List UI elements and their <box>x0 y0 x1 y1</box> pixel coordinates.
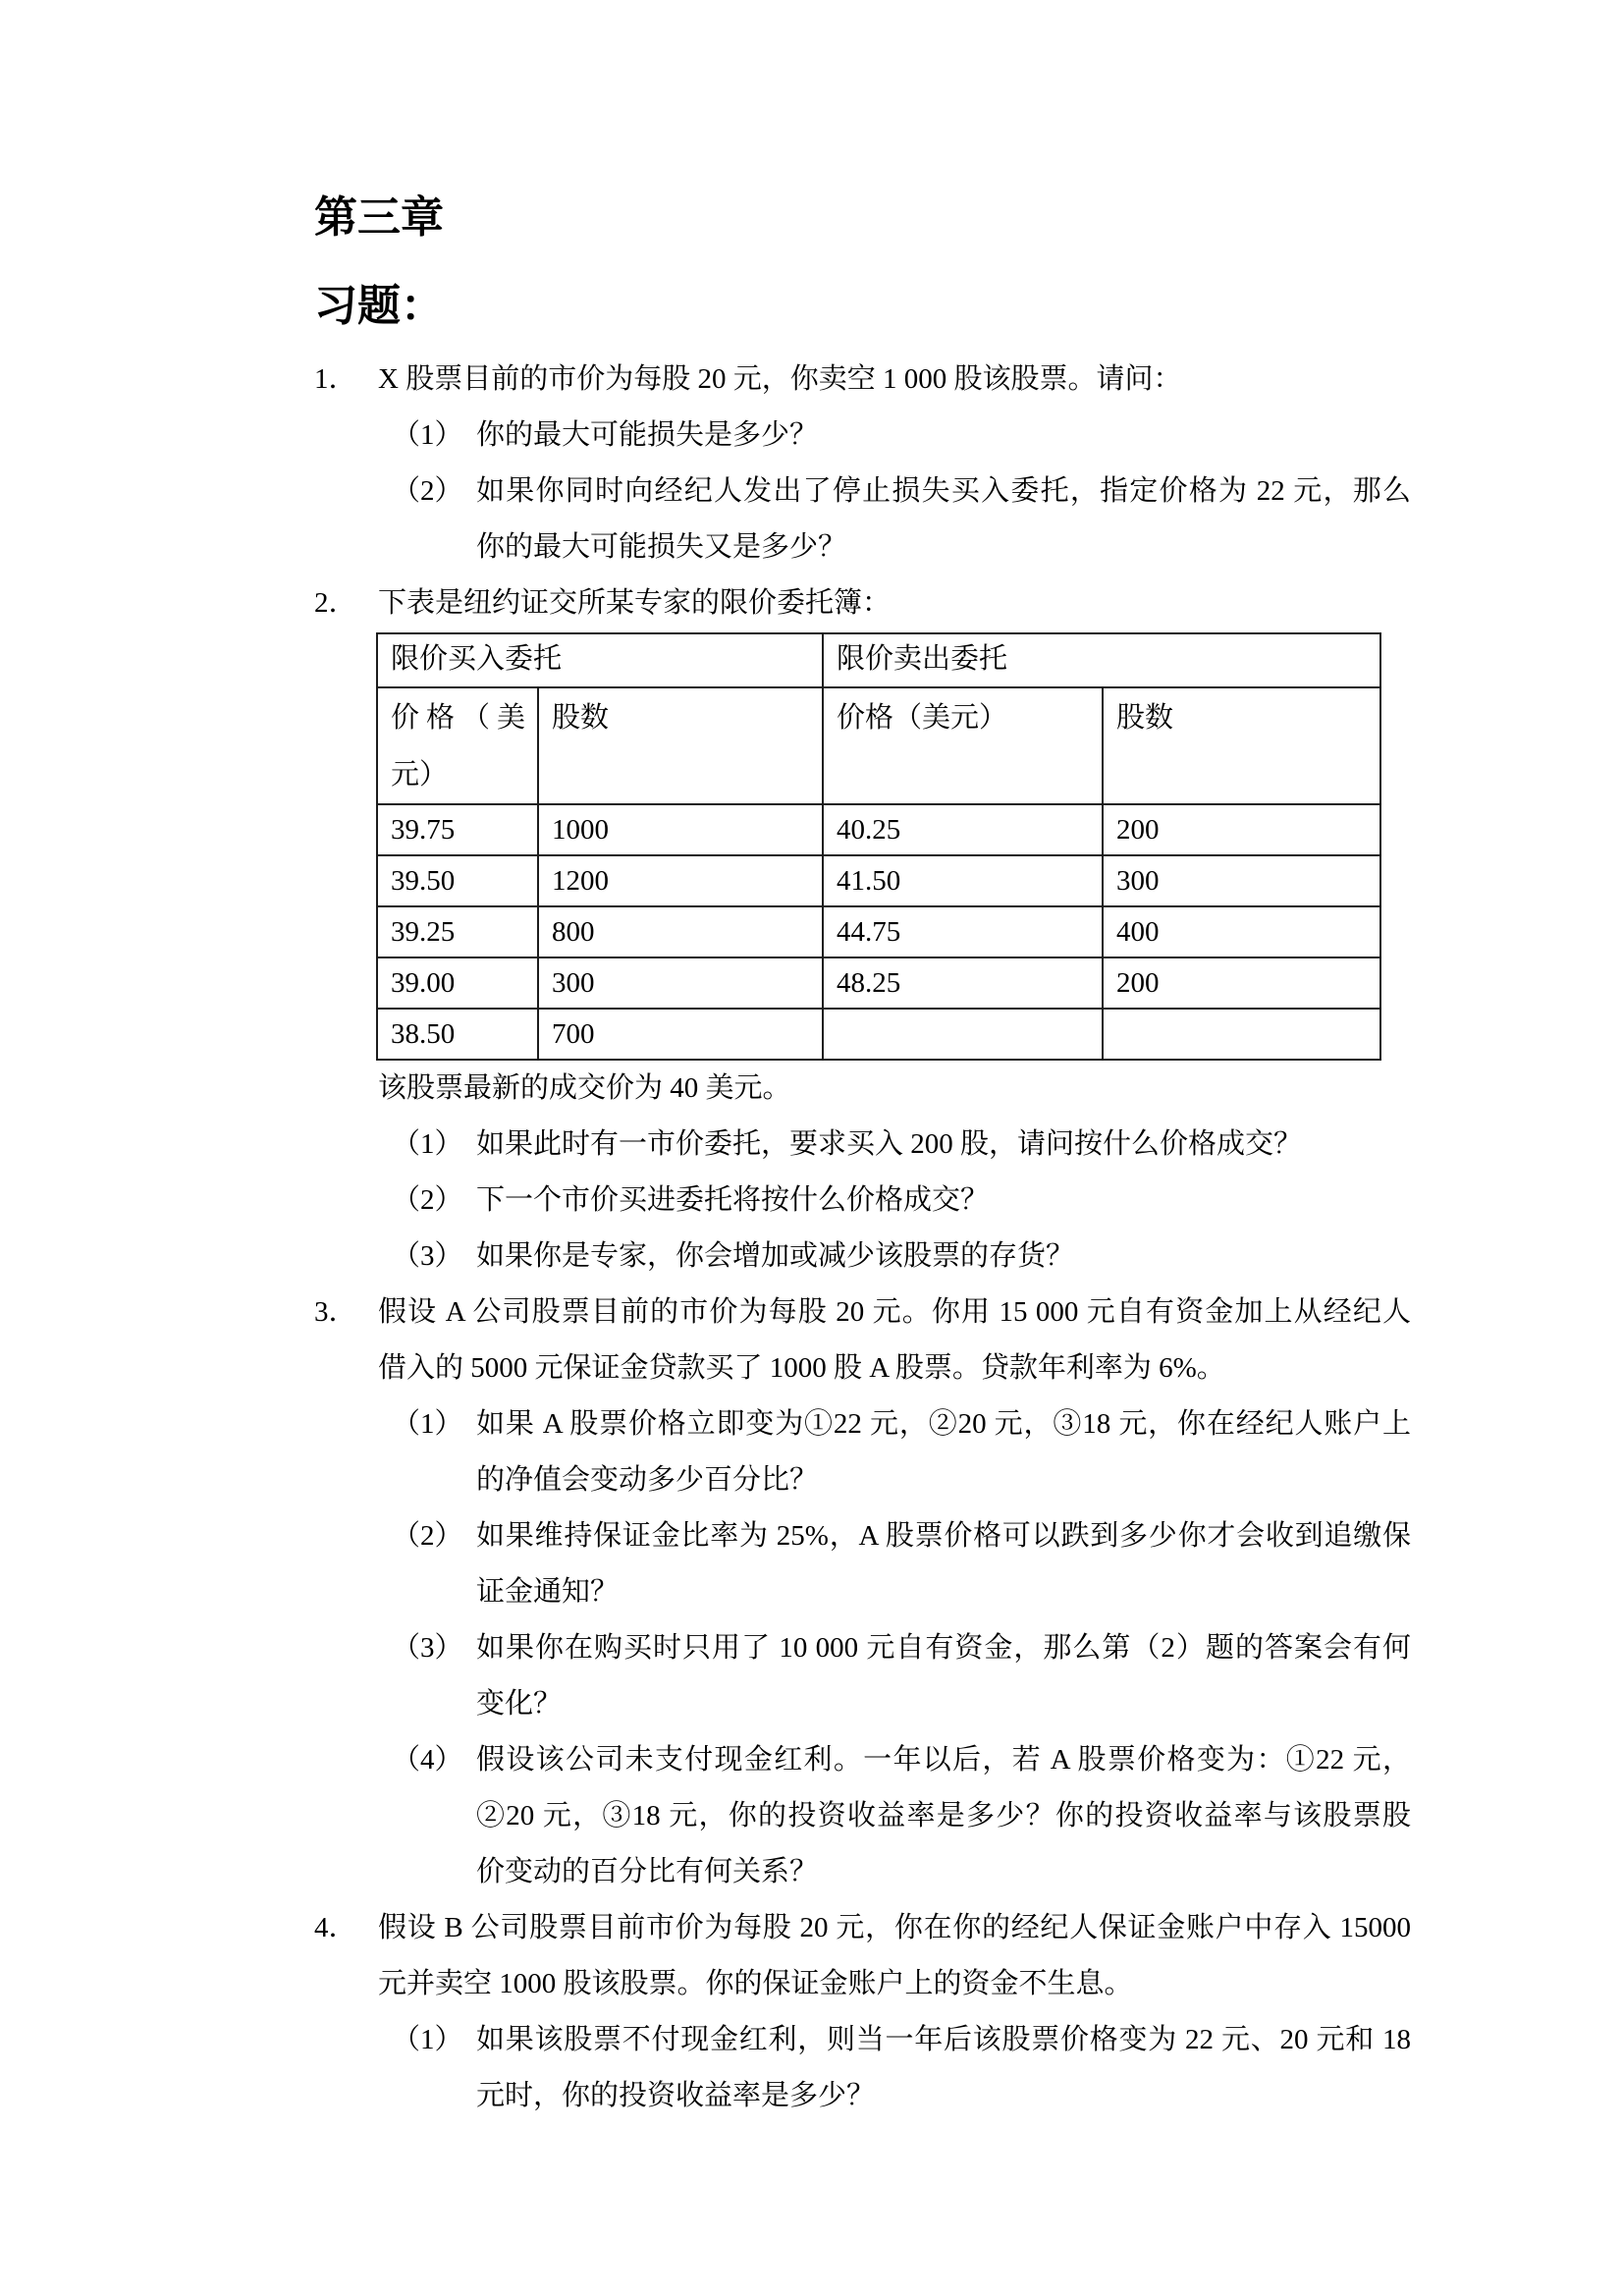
sub-item-text-line: 如果该股票不付现金红利，则当一年后该股票价格变为 22 元、20 元和 18 <box>476 2012 1411 2068</box>
sub-item-text: 如果你同时向经纪人发出了停止损失买入委托，指定价格为 22 元，那么你的最大可能… <box>476 464 1411 575</box>
sub-item-text-line: 如果你是专家，你会增加或减少该股票的存货？ <box>476 1229 1411 1285</box>
sub-item-text: 如果你在购买时只用了 10 000 元自有资金，那么第（2）题的答案会有何变化？ <box>476 1620 1411 1732</box>
problem-text-line: X 股票目前的市价为每股 20 元，你卖空 1 000 股该股票。请问： <box>378 352 1411 408</box>
order-book-cell: 300 <box>538 957 823 1009</box>
order-book-cell: 41.50 <box>823 855 1103 906</box>
problem-item: 2．下表是纽约证交所某专家的限价委托簿：限价买入委托限价卖出委托价格（美元）股数… <box>314 575 1411 1285</box>
sub-item-text-line: ②20 元，③18 元，你的投资收益率是多少？你的投资收益率与该股票股 <box>476 1788 1411 1844</box>
sub-item: （1）如果 A 股票价格立即变为①22 元，②20 元，③18 元，你在经纪人账… <box>378 1396 1411 1508</box>
sub-item: （4）假设该公司未支付现金红利。一年以后，若 A 股票价格变为：①22 元，②2… <box>378 1732 1411 1900</box>
problem-text-line: 元并卖空 1000 股该股票。你的保证金账户上的资金不生息。 <box>378 1956 1411 2012</box>
table-note-line: 该股票最新的成交价为 40 美元。 <box>378 1061 1411 1117</box>
order-book-column-header: 价格（美元） <box>377 687 538 804</box>
sub-item-text-line: 变化？ <box>476 1676 1411 1732</box>
order-book-group-header-row: 限价买入委托限价卖出委托 <box>377 633 1380 687</box>
sub-item: （3）如果你是专家，你会增加或减少该股票的存货？ <box>378 1229 1411 1285</box>
sub-item-marker: （1） <box>392 1117 476 1173</box>
order-book-cell: 1200 <box>538 855 823 906</box>
sub-item-text: 你的最大可能损失是多少？ <box>476 408 1411 464</box>
sub-item-marker: （1） <box>392 1396 476 1452</box>
order-book-cell: 38.50 <box>377 1009 538 1060</box>
order-book-cell: 39.75 <box>377 804 538 855</box>
sub-item-text: 如果维持保证金比率为 25%，A 股票价格可以跌到多少你才会收到追缴保证金通知？ <box>476 1508 1411 1620</box>
order-book-cell: 200 <box>1103 957 1380 1009</box>
sub-item: （2）如果维持保证金比率为 25%，A 股票价格可以跌到多少你才会收到追缴保证金… <box>378 1508 1411 1620</box>
sub-item: （3）如果你在购买时只用了 10 000 元自有资金，那么第（2）题的答案会有何… <box>378 1620 1411 1732</box>
order-book-cell <box>1103 1009 1380 1060</box>
sub-item-text: 如果你是专家，你会增加或减少该股票的存货？ <box>476 1229 1411 1285</box>
order-book-cell: 1000 <box>538 804 823 855</box>
order-book-cell: 39.50 <box>377 855 538 906</box>
problem-number: 3． <box>314 1285 378 1340</box>
order-book-cell <box>823 1009 1103 1060</box>
problem-content: X 股票目前的市价为每股 20 元，你卖空 1 000 股该股票。请问：（1）你… <box>378 352 1411 575</box>
chapter-title: 第三章 <box>314 196 1411 240</box>
sub-item: （2）下一个市价买进委托将按什么价格成交？ <box>378 1173 1411 1229</box>
sub-item-text-line: 假设该公司未支付现金红利。一年以后，若 A 股票价格变为：①22 元， <box>476 1732 1411 1788</box>
sub-item: （1）如果此时有一市价委托，要求买入 200 股，请问按什么价格成交？ <box>378 1117 1411 1173</box>
problem-item: 1．X 股票目前的市价为每股 20 元，你卖空 1 000 股该股票。请问：（1… <box>314 352 1411 575</box>
sub-item-text-line: 你的最大可能损失是多少？ <box>476 408 1411 464</box>
sub-item-text-line: 价变动的百分比有何关系？ <box>476 1844 1411 1900</box>
problem-text-line: 假设 B 公司股票目前市价为每股 20 元，你在你的经纪人保证金账户中存入 15… <box>378 1900 1411 1956</box>
sub-item: （1）如果该股票不付现金红利，则当一年后该股票价格变为 22 元、20 元和 1… <box>378 2012 1411 2124</box>
sub-item-marker: （4） <box>392 1732 476 1788</box>
sub-item-marker: （2） <box>392 464 476 519</box>
sub-item-text-line: 证金通知？ <box>476 1564 1411 1620</box>
problem-content: 下表是纽约证交所某专家的限价委托簿：限价买入委托限价卖出委托价格（美元）股数价格… <box>378 575 1411 1285</box>
order-book-cell: 40.25 <box>823 804 1103 855</box>
problem-number: 1． <box>314 352 378 408</box>
order-book-column-header: 股数 <box>538 687 823 804</box>
order-book-row: 39.50120041.50300 <box>377 855 1380 906</box>
order-book-cell: 39.00 <box>377 957 538 1009</box>
problem-number: 4． <box>314 1900 378 1956</box>
order-book-cell: 200 <box>1103 804 1380 855</box>
problem-content: 假设 A 公司股票目前的市价为每股 20 元。你用 15 000 元自有资金加上… <box>378 1285 1411 1900</box>
order-book-row: 39.2580044.75400 <box>377 906 1380 957</box>
sub-item-marker: （2） <box>392 1173 476 1229</box>
problem-item: 4．假设 B 公司股票目前市价为每股 20 元，你在你的经纪人保证金账户中存入 … <box>314 1900 1411 2124</box>
sub-item-text-line: 如果你同时向经纪人发出了停止损失买入委托，指定价格为 22 元，那么 <box>476 464 1411 519</box>
problem-text-line: 下表是纽约证交所某专家的限价委托簿： <box>378 575 1411 631</box>
order-book-column-header: 股数 <box>1103 687 1380 804</box>
order-book-column-header-row: 价格（美元）股数价格（美元）股数 <box>377 687 1380 804</box>
order-book-column-header: 价格（美元） <box>823 687 1103 804</box>
sub-item-marker: （2） <box>392 1508 476 1564</box>
document-page: 第三章 习题： 1．X 股票目前的市价为每股 20 元，你卖空 1 000 股该… <box>0 0 1622 2296</box>
section-title: 习题： <box>314 285 1411 328</box>
sub-item-text-line: 如果你在购买时只用了 10 000 元自有资金，那么第（2）题的答案会有何 <box>476 1620 1411 1676</box>
sub-item-marker: （3） <box>392 1229 476 1285</box>
order-book-row: 39.75100040.25200 <box>377 804 1380 855</box>
sub-item-text-line: 如果 A 股票价格立即变为①22 元，②20 元，③18 元，你在经纪人账户上 <box>476 1396 1411 1452</box>
order-book-cell: 400 <box>1103 906 1380 957</box>
order-book-group-header: 限价卖出委托 <box>823 633 1380 687</box>
problem-number: 2． <box>314 575 378 631</box>
sub-item-marker: （1） <box>392 408 476 464</box>
problem-text-line: 假设 A 公司股票目前的市价为每股 20 元。你用 15 000 元自有资金加上… <box>378 1285 1411 1340</box>
sub-item-text: 如果 A 股票价格立即变为①22 元，②20 元，③18 元，你在经纪人账户上的… <box>476 1396 1411 1508</box>
sub-item-text: 下一个市价买进委托将按什么价格成交？ <box>476 1173 1411 1229</box>
sub-item-text-line: 下一个市价买进委托将按什么价格成交？ <box>476 1173 1411 1229</box>
problem-item: 3．假设 A 公司股票目前的市价为每股 20 元。你用 15 000 元自有资金… <box>314 1285 1411 1900</box>
sub-item-text-line: 你的最大可能损失又是多少？ <box>476 519 1411 575</box>
order-book-cell: 700 <box>538 1009 823 1060</box>
sub-item-text-line: 元时，你的投资收益率是多少？ <box>476 2068 1411 2124</box>
order-book-table: 限价买入委托限价卖出委托价格（美元）股数价格（美元）股数39.75100040.… <box>376 632 1381 1061</box>
sub-item-text-line: 如果此时有一市价委托，要求买入 200 股，请问按什么价格成交？ <box>476 1117 1411 1173</box>
order-book-group-header: 限价买入委托 <box>377 633 823 687</box>
order-book-cell: 800 <box>538 906 823 957</box>
order-book-row: 38.50700 <box>377 1009 1380 1060</box>
order-book-cell: 300 <box>1103 855 1380 906</box>
problem-text-line: 借入的 5000 元保证金贷款买了 1000 股 A 股票。贷款年利率为 6%。 <box>378 1340 1411 1396</box>
order-book-cell: 48.25 <box>823 957 1103 1009</box>
sub-item-text: 如果该股票不付现金红利，则当一年后该股票价格变为 22 元、20 元和 18元时… <box>476 2012 1411 2124</box>
sub-item-text: 如果此时有一市价委托，要求买入 200 股，请问按什么价格成交？ <box>476 1117 1411 1173</box>
sub-item-marker: （1） <box>392 2012 476 2068</box>
sub-item-text: 假设该公司未支付现金红利。一年以后，若 A 股票价格变为：①22 元，②20 元… <box>476 1732 1411 1900</box>
order-book-row: 39.0030048.25200 <box>377 957 1380 1009</box>
order-book-cell: 39.25 <box>377 906 538 957</box>
problem-content: 假设 B 公司股票目前市价为每股 20 元，你在你的经纪人保证金账户中存入 15… <box>378 1900 1411 2124</box>
sub-item-text-line: 如果维持保证金比率为 25%，A 股票价格可以跌到多少你才会收到追缴保 <box>476 1508 1411 1564</box>
sub-item: （2）如果你同时向经纪人发出了停止损失买入委托，指定价格为 22 元，那么你的最… <box>378 464 1411 575</box>
sub-item: （1）你的最大可能损失是多少？ <box>378 408 1411 464</box>
problem-list: 1．X 股票目前的市价为每股 20 元，你卖空 1 000 股该股票。请问：（1… <box>314 352 1411 2124</box>
sub-item-marker: （3） <box>392 1620 476 1676</box>
order-book-cell: 44.75 <box>823 906 1103 957</box>
sub-item-text-line: 的净值会变动多少百分比？ <box>476 1452 1411 1508</box>
